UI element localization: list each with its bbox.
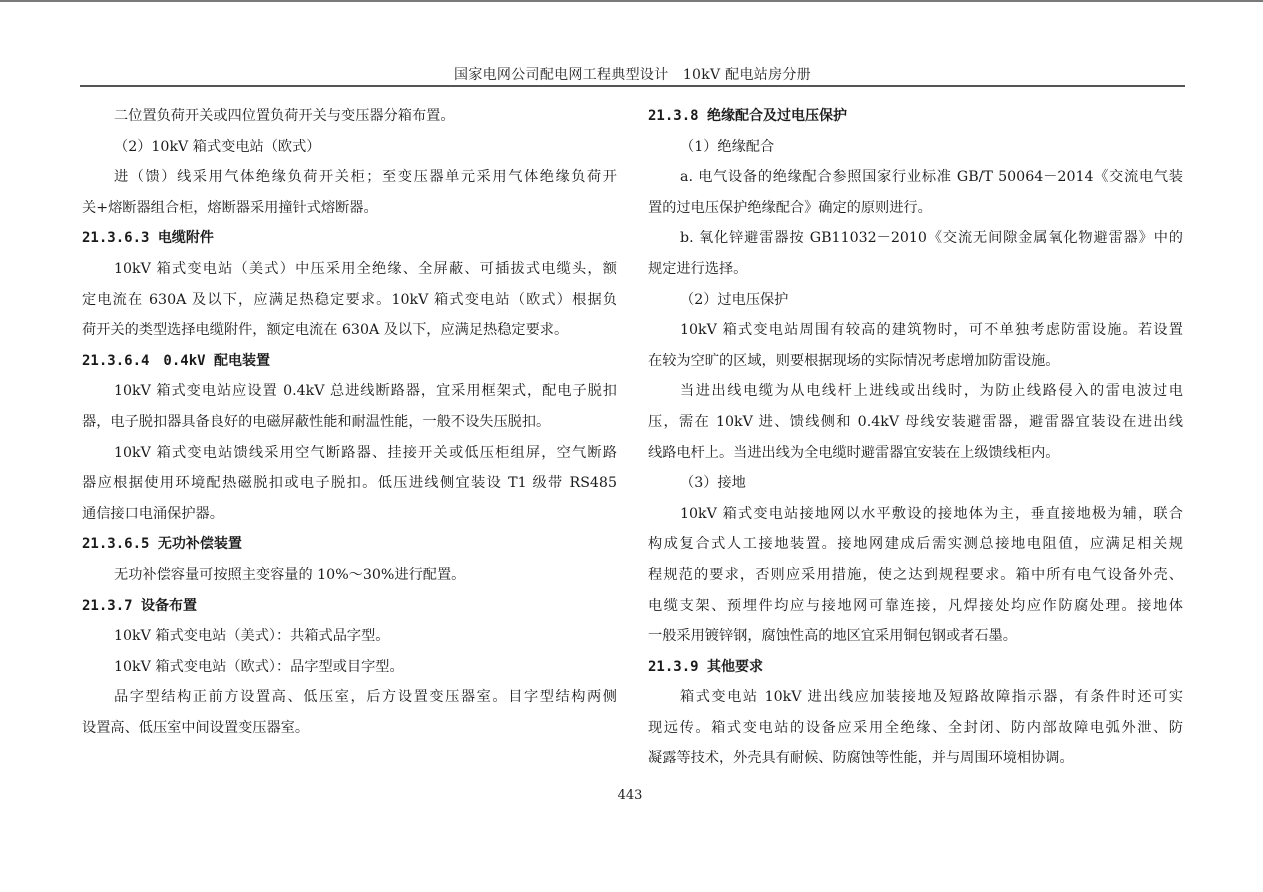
- paragraph-line: 定电流在 630A 及以下，应满足热稳定要求。10kV 箱式变电站（欧式）根据负: [82, 285, 617, 316]
- section-heading: 21.3.8 绝缘配合及过电压保护: [648, 101, 1183, 132]
- paragraph-line: 10kV 箱式变电站（欧式）：品字型或目字型。: [82, 652, 617, 683]
- section-heading: 21.3.9 其他要求: [648, 652, 1183, 683]
- paragraph-line: 当进出线电缆为从电线杆上进线或出线时，为防止线路侵入的雷电波过电: [648, 376, 1183, 407]
- paragraph-line: a. 电气设备的绝缘配合参照国家行业标准 GB/T 50064－2014《交流电…: [648, 162, 1183, 193]
- paragraph-line: 10kV 箱式变电站接地网以水平敷设的接地体为主，垂直接地极为辅，联合: [648, 499, 1183, 530]
- section-title: 配电装置: [214, 353, 270, 369]
- paragraph-line: 10kV 箱式变电站（美式）：共箱式品字型。: [82, 621, 617, 652]
- paragraph-line: 现远传。箱式变电站的设备应采用全绝缘、全封闭、防内部故障电弧外泄、防: [648, 713, 1183, 744]
- paragraph-line: 设置高、低压室中间设置变压器室。: [82, 713, 617, 744]
- paragraph-line: 压，需在 10kV 进、馈线侧和 0.4kV 母线安装避雷器，避雷器宜装设在进出…: [648, 407, 1183, 438]
- paragraph-line: 关+熔断器组合柜，熔断器采用撞针式熔断器。: [82, 193, 617, 224]
- paragraph-line: 器应根据使用环境配热磁脱扣或电子脱扣。低压进线侧宜装设 T1 级带 RS485: [82, 468, 617, 499]
- paragraph-line: 进（馈）线采用气体绝缘负荷开关柜；至变压器单元采用气体绝缘负荷开: [82, 162, 617, 193]
- section-number: 21.3.6.5: [82, 536, 149, 552]
- paragraph-line: （2）过电压保护: [648, 285, 1183, 316]
- section-title: 无功补偿装置: [158, 536, 242, 552]
- paragraph-line: 10kV 箱式变电站馈线采用空气断路器、挂接开关或低压柜组屏，空气断路: [82, 438, 617, 469]
- section-title: 电缆附件: [158, 230, 214, 246]
- paragraph-line: 10kV 箱式变电站（美式）中压采用全绝缘、全屏蔽、可插拔式电缆头，额: [82, 254, 617, 285]
- paragraph-line: 10kV 箱式变电站周围有较高的建筑物时，可不单独考虑防雷设施。若设置: [648, 315, 1183, 346]
- section-title: 设备布置: [141, 598, 197, 614]
- paragraph-line: 程规范的要求，否则应采用措施，使之达到规程要求。箱中所有电气设备外壳、: [648, 560, 1183, 591]
- paragraph-line: 构成复合式人工接地装置。接地网建成后需实测总接地电阻值，应满足相关规: [648, 529, 1183, 560]
- paragraph-line: 规定进行选择。: [648, 254, 1183, 285]
- left-column: 二位置负荷开关或四位置负荷开关与变压器分箱布置。（2）10kV 箱式变电站（欧式…: [82, 101, 617, 743]
- paragraph-line: 品字型结构正前方设置高、低压室，后方设置变压器室。目字型结构两侧: [82, 682, 617, 713]
- section-number: 21.3.9: [648, 659, 699, 675]
- paragraph-line: 器，电子脱扣器具备良好的电磁屏蔽性能和耐温性能，一般不设失压脱扣。: [82, 407, 617, 438]
- page-number: 443: [600, 788, 660, 803]
- paragraph-line: b. 氧化锌避雷器按 GB11032－2010《交流无间隙金属氧化物避雷器》中的: [648, 223, 1183, 254]
- section-number: 21.3.8: [648, 108, 699, 124]
- paragraph-line: 凝露等技术，外壳具有耐候、防腐蚀等性能，并与周围环境相协调。: [648, 743, 1183, 774]
- section-heading: 21.3.6.3 电缆附件: [82, 223, 617, 254]
- paragraph-line: （2）10kV 箱式变电站（欧式）: [82, 132, 617, 163]
- section-number: 21.3.7: [82, 598, 133, 614]
- top-edge-rule: [0, 0, 1263, 2]
- section-number: 21.3.6.3: [82, 230, 149, 246]
- paragraph-line: 无功补偿容量可按照主变容量的 10%～30%进行配置。: [82, 560, 617, 591]
- paragraph-line: 置的过电压保护绝缘配合》确定的原则进行。: [648, 193, 1183, 224]
- paragraph-line: 荷开关的类型选择电缆附件，额定电流在 630A 及以下，应满足热稳定要求。: [82, 315, 617, 346]
- paragraph-line: 10kV 箱式变电站应设置 0.4kV 总进线断路器，宜采用框架式，配电子脱扣: [82, 376, 617, 407]
- section-heading: 21.3.6.5 无功补偿装置: [82, 529, 617, 560]
- paragraph-line: （1）绝缘配合: [648, 132, 1183, 163]
- paragraph-line: 一般采用镀锌钢，腐蚀性高的地区宜采用铜包钢或者石墨。: [648, 621, 1183, 652]
- section-heading: 21.3.7 设备布置: [82, 591, 617, 622]
- paragraph-line: （3）接地: [648, 468, 1183, 499]
- section-number: 21.3.6.4 0.4kV: [82, 353, 206, 369]
- section-heading: 21.3.6.4 0.4kV 配电装置: [82, 346, 617, 377]
- paragraph-line: 在较为空旷的区域，则要根据现场的实际情况考虑增加防雷设施。: [648, 346, 1183, 377]
- running-header: 国家电网公司配电网工程典型设计 10kV 配电站房分册: [80, 64, 1185, 84]
- paragraph-line: 二位置负荷开关或四位置负荷开关与变压器分箱布置。: [82, 101, 617, 132]
- section-title: 绝缘配合及过电压保护: [707, 108, 847, 124]
- paragraph-line: 线路电杆上。当进出线为全电缆时避雷器宜安装在上级馈线柜内。: [648, 438, 1183, 469]
- paragraph-line: 箱式变电站 10kV 进出线应加装接地及短路故障指示器，有条件时还可实: [648, 682, 1183, 713]
- section-title: 其他要求: [707, 659, 763, 675]
- header-rule: [80, 85, 1185, 87]
- right-column: 21.3.8 绝缘配合及过电压保护（1）绝缘配合a. 电气设备的绝缘配合参照国家…: [648, 101, 1183, 774]
- paragraph-line: 通信接口电涌保护器。: [82, 499, 617, 530]
- paragraph-line: 电缆支架、预埋件均应与接地网可靠连接，凡焊接处均应作防腐处理。接地体: [648, 591, 1183, 622]
